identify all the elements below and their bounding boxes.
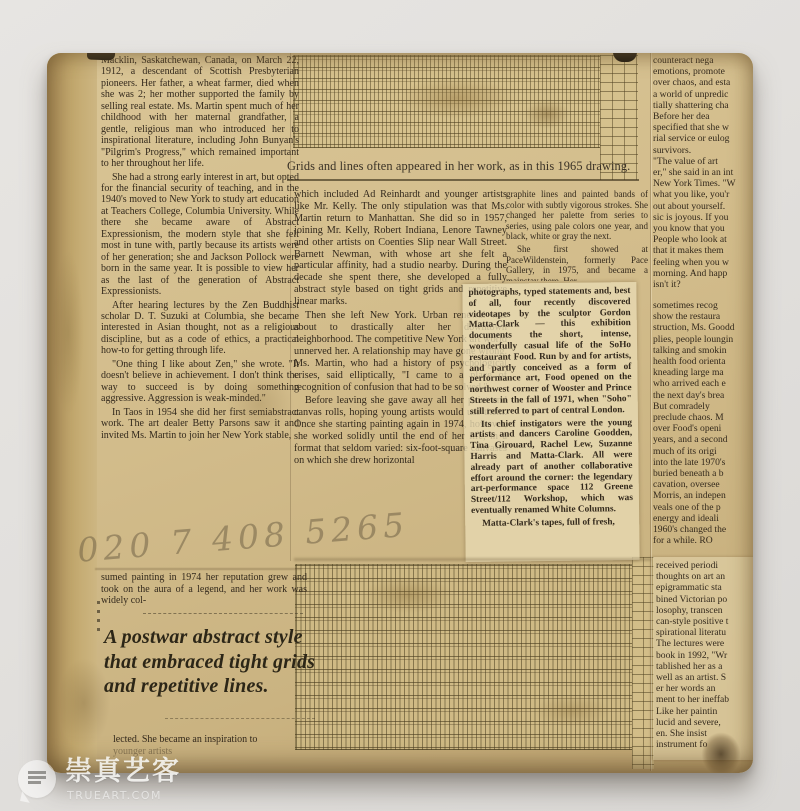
- text-block: In Taos in 1954 she did her first semiab…: [101, 407, 299, 441]
- text-block: received periodi: [656, 560, 753, 571]
- text-block: show the restaura: [653, 311, 753, 322]
- text-block: lucid and severe,: [656, 717, 753, 728]
- text-block: plies, people loungin: [653, 334, 753, 345]
- pull-quote: A postwar abstract style that embraced t…: [104, 625, 318, 699]
- article-column-narrow: graphite lines and painted bands of colo…: [506, 189, 648, 281]
- watermark-chinese-text: 崇真艺客: [65, 758, 181, 786]
- text-block: talking and smokin: [653, 345, 753, 356]
- text-block: lected. She became an inspiration to: [113, 734, 313, 746]
- text-block: People who look at: [653, 234, 753, 245]
- paper-seam: [294, 558, 651, 561]
- text-lines-glyph: [28, 771, 46, 787]
- canvas-left-edge: [47, 53, 97, 773]
- text-block: "The value of art: [653, 156, 753, 167]
- text-block: tially shattering cha: [653, 100, 753, 111]
- text-block: morning. And happ: [653, 268, 753, 279]
- text-block: epigrammatic sta: [656, 582, 753, 593]
- text-block: Macklin, Saskatchewan, Canada, on March …: [101, 55, 299, 170]
- text-block: out about yourself.: [653, 201, 753, 212]
- bottom-tail-text: lected. She became an inspiration toyoun…: [113, 734, 313, 757]
- text-block: years, and a second: [653, 434, 753, 445]
- text-block: She first showed at PaceWildenstein, for…: [506, 244, 648, 281]
- text-block: well as an artist. S: [656, 672, 753, 683]
- artwork-canvas: Grids and lines often appeared in her wo…: [47, 53, 753, 773]
- dash-rule-below: [165, 718, 315, 719]
- speech-bubble-icon: [18, 760, 56, 798]
- article-column-left: Macklin, Saskatchewan, Canada, on March …: [101, 55, 299, 551]
- text-block: instrument fo: [656, 739, 753, 750]
- paper-seam: [95, 568, 301, 570]
- bottom-left-clipping: sumed painting in 1974 her reputation gr…: [101, 572, 307, 610]
- paper-seam-highlight: [651, 53, 652, 771]
- text-block: a world of unpredic: [653, 89, 753, 100]
- text-block: spirational literatu: [656, 627, 753, 638]
- text-block: isn't it?: [653, 279, 753, 290]
- text-block: health food orienta: [653, 356, 753, 367]
- text-block: veals one of the p: [653, 502, 753, 513]
- text-block: buried beneath a b: [653, 468, 753, 479]
- text-block: over Food's openi: [653, 423, 753, 434]
- text-block: survivors.: [653, 145, 753, 156]
- text-block: who arrived each e: [653, 378, 753, 389]
- text-block: into the late 1970's: [653, 457, 753, 468]
- article-column-right-middle: sometimes recogshow the restaurastructio…: [653, 300, 753, 546]
- grid-drawing-bottom: [295, 564, 634, 750]
- text-block: cavation, oversee: [653, 479, 753, 490]
- text-block: "One thing I like about Zen," she wrote.…: [101, 359, 299, 405]
- text-block: book in 1992, "Wr: [656, 650, 753, 661]
- text-block: you know that you: [653, 223, 753, 234]
- dash-rule-above: [143, 613, 303, 614]
- text-block: what you like, you'r: [653, 189, 753, 200]
- watermark: 崇真艺客 TRUEART.COM: [10, 756, 230, 806]
- text-block: Matta-Clark's tapes, full of fresh,: [471, 517, 633, 530]
- text-block: 1960's changed the: [653, 524, 753, 535]
- text-block: Morris, an indepen: [653, 490, 753, 501]
- text-block: thoughts on art an: [656, 571, 753, 582]
- text-block: that it makes them: [653, 245, 753, 256]
- text-block: tablished her as a: [656, 661, 753, 672]
- photo-caption: Grids and lines often appeared in her wo…: [287, 159, 639, 181]
- text-block: over chaos, and esta: [653, 77, 753, 88]
- text-block: emotions, promote: [653, 66, 753, 77]
- text-block: Before her dea: [653, 111, 753, 122]
- article-column-right-top: counteract negaemotions, promoteover cha…: [653, 55, 753, 290]
- text-block: The lectures were: [656, 638, 753, 649]
- text-block: sic is joyous. If you: [653, 212, 753, 223]
- text-block: for a while. RO: [653, 535, 753, 546]
- text-block: much of its origi: [653, 446, 753, 457]
- article-column-right-bottom: received periodithoughts on art anepigra…: [653, 557, 753, 760]
- text-block: energy and ideali: [653, 513, 753, 524]
- text-block: losophy, transcen: [656, 605, 753, 616]
- photo-background: Grids and lines often appeared in her wo…: [0, 0, 800, 811]
- paper-seam: [290, 53, 291, 561]
- text-block: graphite lines and painted bands of colo…: [506, 189, 648, 242]
- text-block: feeling when you w: [653, 257, 753, 268]
- text-block: en. She insist: [656, 728, 753, 739]
- overlay-clipping: photographs, typed statements and, best …: [462, 282, 639, 562]
- dark-edge-mark: [87, 53, 115, 60]
- text-block: er," she said in an int: [653, 167, 753, 178]
- text-block: struction, Ms. Goodd: [653, 322, 753, 333]
- dotted-mark: [97, 601, 100, 635]
- text-block: After hearing lectures by the Zen Buddhi…: [101, 300, 299, 357]
- text-block: rial service or eulog: [653, 133, 753, 144]
- watermark-english-text: TRUEART.COM: [67, 789, 162, 802]
- grid-drawing-top: [293, 55, 602, 148]
- text-block: specified that she w: [653, 122, 753, 133]
- text-block: the next day's brea: [653, 390, 753, 401]
- text-block: er her words an: [656, 683, 753, 694]
- text-block: Its chief instigators were the young art…: [470, 418, 633, 517]
- text-block: sumed painting in 1974 her reputation gr…: [101, 572, 307, 607]
- text-block: bined Victorian po: [656, 594, 753, 605]
- text-block: ment to her ineffab: [656, 694, 753, 705]
- text-block: But comradely: [653, 401, 753, 412]
- text-block: preclude chaos. M: [653, 412, 753, 423]
- text-block: Like her paintin: [656, 706, 753, 717]
- text-block: She had a strong early interest in art, …: [101, 172, 299, 298]
- text-block: New York Times. "W: [653, 178, 753, 189]
- text-block: counteract nega: [653, 55, 753, 66]
- text-block: can-style positive t: [656, 616, 753, 627]
- text-block: photographs, typed statements and, best …: [468, 286, 632, 418]
- text-block: kneading large ma: [653, 367, 753, 378]
- text-block: sometimes recog: [653, 300, 753, 311]
